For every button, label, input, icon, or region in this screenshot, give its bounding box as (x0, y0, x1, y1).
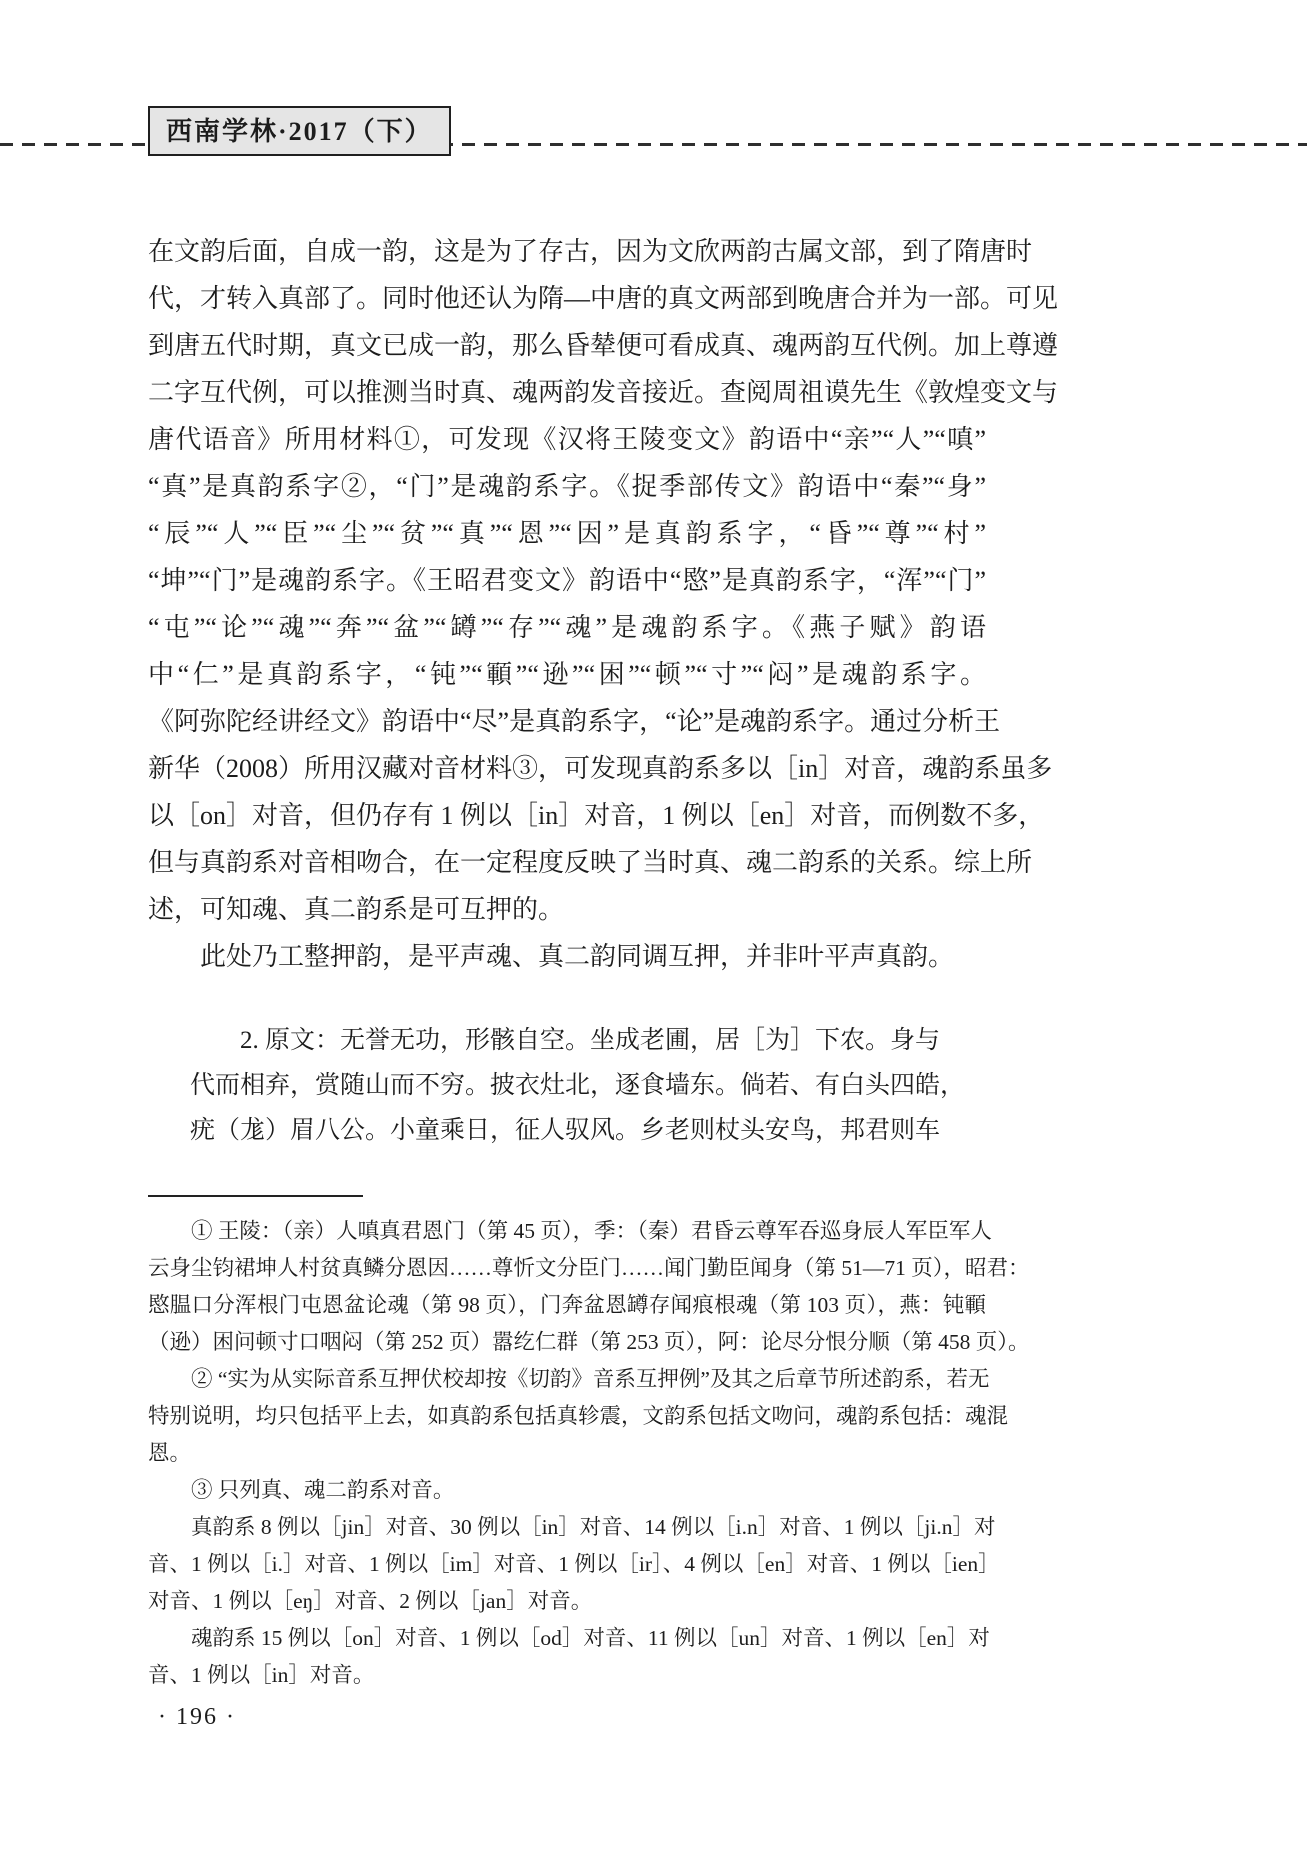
body-text-line: 《阿弥陀经讲经文》韵语中“尽”是真韵系字，“论”是魂韵系字。通过分析王 (148, 698, 986, 745)
footnote-line: 愍腽口分浑根门屯恩盆论魂（第 98 页），门奔盆恩罇存闻痕根魂（第 103 页）… (148, 1287, 986, 1324)
footnote-line: ③ 只列真、魂二韵系对音。 (148, 1472, 986, 1509)
body-text-line: 以［on］对音，但仍存有 1 例以［in］对音，1 例以［en］对音，而例数不多… (148, 792, 986, 839)
footnote-line: 对音、1 例以［eŋ］对音、2 例以［jan］对音。 (148, 1583, 986, 1620)
body-text-line: 代，才转入真部了。同时他还认为隋—中唐的真文两部到晚唐合并为一部。可见 (148, 275, 986, 322)
body-text-line: “屯”“论”“魂”“奔”“盆”“罇”“存”“魂”是魂韵系字。《燕子赋》韵语 (148, 604, 986, 651)
quote-text-line: 疣（尨）眉八公。小童乘日，征人驭风。乡老则杖头安鸟，邦君则车 (190, 1108, 930, 1153)
journal-header-box: 西南学林·2017（下） (148, 106, 451, 156)
quote-text-line: 2. 原文：无誉无功，形骸自空。坐成老圃，居［为］下农。身与 (190, 1018, 930, 1063)
footnote-separator (148, 1195, 363, 1197)
footnote-line: 音、1 例以［in］对音。 (148, 1657, 986, 1694)
footnote-line: 恩。 (148, 1435, 986, 1472)
body-paragraph-1: 在文韵后面，自成一韵，这是为了存古，因为文欣两韵古属文部，到了隋唐时代，才转入真… (148, 228, 986, 933)
page-body: 在文韵后面，自成一韵，这是为了存古，因为文欣两韵古属文部，到了隋唐时代，才转入真… (148, 228, 986, 1731)
footnote-line: 真韵系 8 例以［jin］对音、30 例以［in］对音、14 例以［i.n］对音… (148, 1509, 986, 1546)
quote-text-line: 代而相弃，赏随山而不穷。披衣灶北，逐食墙东。倘若、有白头四皓， (190, 1063, 930, 1108)
body-text-line: 到唐五代时期，真文已成一韵，那么昏辇便可看成真、魂两韵互代例。加上尊遵 (148, 322, 986, 369)
footnote-line: （逊）困问顿寸口咽闷（第 252 页）嚣纥仁群（第 253 页），阿：论尽分恨分… (148, 1324, 986, 1361)
body-text-line: 但与真韵系对音相吻合，在一定程度反映了当时真、魂二韵系的关系。综上所 (148, 839, 986, 886)
footnote-line: 魂韵系 15 例以［on］对音、1 例以［od］对音、11 例以［un］对音、1… (148, 1620, 986, 1657)
footnote-line: 云身尘钧裙坤人村贫真鳞分恩因……尊忻文分臣门……闻门勤臣闻身（第 51—71 页… (148, 1250, 986, 1287)
body-text-line: 中“仁”是真韵系字，“钝”“顐”“逊”“困”“顿”“寸”“闷”是魂韵系字。 (148, 651, 986, 698)
body-text-line: 二字互代例，可以推测当时真、魂两韵发音接近。查阅周祖谟先生《敦煌变文与 (148, 369, 986, 416)
body-text-line: “坤”“门”是魂韵系字。《王昭君变文》韵语中“愍”是真韵系字，“浑”“门” (148, 557, 986, 604)
body-text-line: “辰”“人”“臣”“尘”“贫”“真”“恩”“因”是真韵系字，“昏”“尊”“村” (148, 510, 986, 557)
body-text-line: 此处乃工整押韵，是平声魂、真二韵同调互押，并非叶平声真韵。 (148, 933, 986, 980)
body-text-line: 新华（2008）所用汉藏对音材料③，可发现真韵系多以［in］对音，魂韵系虽多 (148, 745, 986, 792)
body-text-line: “真”是真韵系字②，“门”是魂韵系字。《捉季部传文》韵语中“秦”“身” (148, 463, 986, 510)
body-paragraph-2: 此处乃工整押韵，是平声魂、真二韵同调互押，并非叶平声真韵。 (148, 933, 986, 980)
footnote-line: ① 王陵：（亲）人嗔真君恩门（第 45 页），季：（秦）君昏云尊军吞巡身辰人军臣… (148, 1213, 986, 1250)
footnote-line: 音、1 例以［i.］对音、1 例以［im］对音、1 例以［ir］、4 例以［en… (148, 1546, 986, 1583)
footnotes-section: ① 王陵：（亲）人嗔真君恩门（第 45 页），季：（秦）君昏云尊军吞巡身辰人军臣… (148, 1213, 986, 1694)
block-quote: 2. 原文：无誉无功，形骸自空。坐成老圃，居［为］下农。身与代而相弃，赏随山而不… (190, 1018, 930, 1153)
footnote-line: 特别说明，均只包括平上去，如真韵系包括真轸震，文韵系包括文吻问，魂韵系包括：魂混 (148, 1398, 986, 1435)
body-text-line: 在文韵后面，自成一韵，这是为了存古，因为文欣两韵古属文部，到了隋唐时 (148, 228, 986, 275)
journal-title: 西南学林·2017（下） (166, 117, 433, 146)
body-text-line: 唐代语音》所用材料①，可发现《汉将王陵变文》韵语中“亲”“人”“嗔” (148, 416, 986, 463)
page-number: · 196 · (148, 1704, 986, 1731)
body-text-line: 述，可知魂、真二韵系是可互押的。 (148, 886, 986, 933)
footnote-line: ② “实为从实际音系互押伏校却按《切韵》音系互押例”及其之后章节所述韵系，若无 (148, 1361, 986, 1398)
